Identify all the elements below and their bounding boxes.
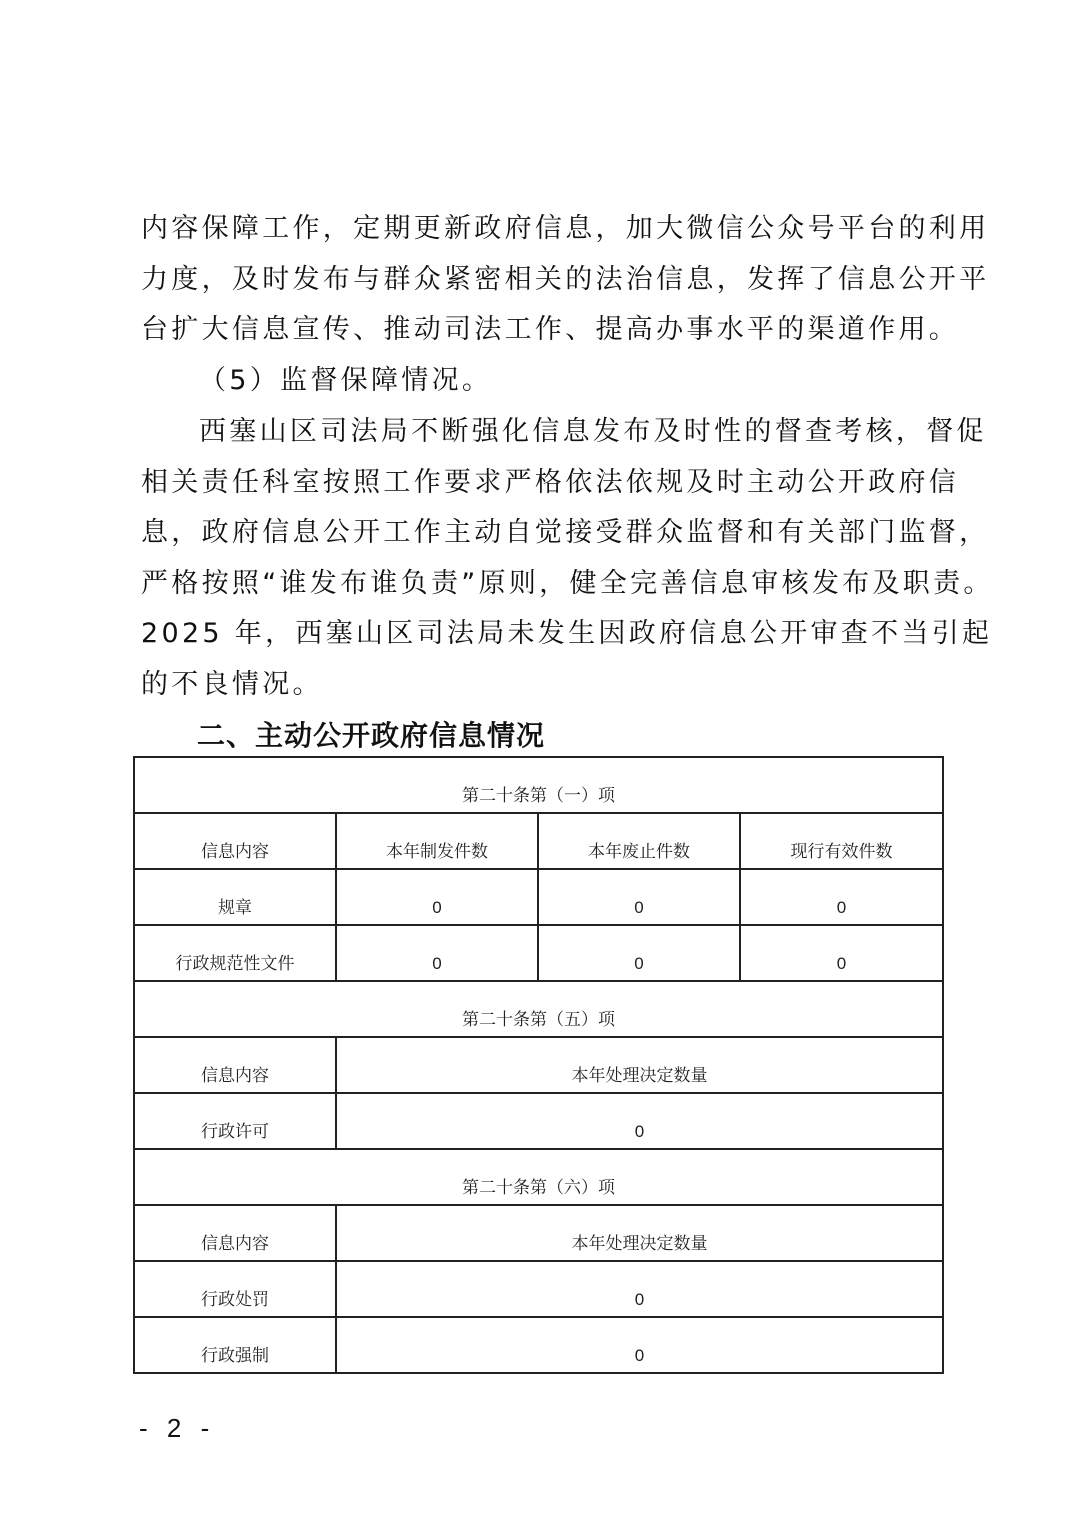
header-cell: 本年制发件数 xyxy=(336,813,538,869)
value-cell: 0 xyxy=(336,925,538,981)
subheading-text: （5）监督保障情况。 xyxy=(141,356,941,407)
table-row: 行政许可 0 xyxy=(134,1093,943,1149)
row-label: 行政许可 xyxy=(134,1093,336,1149)
table-header-row: 信息内容 本年处理决定数量 xyxy=(134,1037,943,1093)
table-row: 行政强制 0 xyxy=(134,1317,943,1373)
text-line: 内容保障工作，定期更新政府信息，加大微信公众号平台的利用 xyxy=(141,204,941,255)
text-line: 西塞山区司法局不断强化信息发布及时性的督查考核，督促 xyxy=(141,407,941,458)
header-cell: 本年处理决定数量 xyxy=(336,1037,943,1093)
table-section-title-row: 第二十条第（六）项 xyxy=(134,1149,943,1205)
table-section-title-row: 第二十条第（一）项 xyxy=(134,757,943,813)
header-cell: 信息内容 xyxy=(134,813,336,869)
text-line: 严格按照“谁发布谁负责”原则，健全完善信息审核发布及职责。 xyxy=(141,559,941,610)
value-cell: 0 xyxy=(336,1261,943,1317)
header-cell: 现行有效件数 xyxy=(740,813,943,869)
paragraph-content-guarantee: 内容保障工作，定期更新政府信息，加大微信公众号平台的利用 力度，及时发布与群众紧… xyxy=(141,204,941,356)
page-number: - 2 - xyxy=(139,1413,215,1444)
header-cell: 本年废止件数 xyxy=(538,813,740,869)
value-cell: 0 xyxy=(336,1317,943,1373)
value-cell: 0 xyxy=(538,925,740,981)
value-cell: 0 xyxy=(336,869,538,925)
header-cell: 信息内容 xyxy=(134,1205,336,1261)
section-title: 第二十条第（六）项 xyxy=(134,1149,943,1205)
subheading-supervision: （5）监督保障情况。 xyxy=(141,356,941,407)
disclosure-table: 第二十条第（一）项 信息内容 本年制发件数 本年废止件数 现行有效件数 规章 0… xyxy=(133,756,944,1374)
table-header-row: 信息内容 本年制发件数 本年废止件数 现行有效件数 xyxy=(134,813,943,869)
text-line: 台扩大信息宣传、推动司法工作、提高办事水平的渠道作用。 xyxy=(141,305,941,356)
text-line: 力度，及时发布与群众紧密相关的法治信息，发挥了信息公开平 xyxy=(141,255,941,306)
value-cell: 0 xyxy=(740,869,943,925)
text-line: 2025 年，西塞山区司法局未发生因政府信息公开审查不当引起 xyxy=(141,609,941,660)
header-cell: 本年处理决定数量 xyxy=(336,1205,943,1261)
text-line: 息，政府信息公开工作主动自觉接受群众监督和有关部门监督， xyxy=(141,508,941,559)
section-heading: 二、主动公开政府信息情况 xyxy=(197,714,545,754)
paragraph-supervision: 西塞山区司法局不断强化信息发布及时性的督查考核，督促 相关责任科室按照工作要求严… xyxy=(141,407,941,710)
row-label: 规章 xyxy=(134,869,336,925)
row-label: 行政处罚 xyxy=(134,1261,336,1317)
value-cell: 0 xyxy=(740,925,943,981)
header-cell: 信息内容 xyxy=(134,1037,336,1093)
value-cell: 0 xyxy=(538,869,740,925)
table-row: 行政处罚 0 xyxy=(134,1261,943,1317)
table-header-row: 信息内容 本年处理决定数量 xyxy=(134,1205,943,1261)
value-cell: 0 xyxy=(336,1093,943,1149)
section-title: 第二十条第（一）项 xyxy=(134,757,943,813)
row-label: 行政规范性文件 xyxy=(134,925,336,981)
text-line: 的不良情况。 xyxy=(141,660,941,711)
text-line: 相关责任科室按照工作要求严格依法依规及时主动公开政府信 xyxy=(141,458,941,509)
table-row: 规章 0 0 0 xyxy=(134,869,943,925)
table-section-title-row: 第二十条第（五）项 xyxy=(134,981,943,1037)
section-title: 第二十条第（五）项 xyxy=(134,981,943,1037)
table-row: 行政规范性文件 0 0 0 xyxy=(134,925,943,981)
row-label: 行政强制 xyxy=(134,1317,336,1373)
